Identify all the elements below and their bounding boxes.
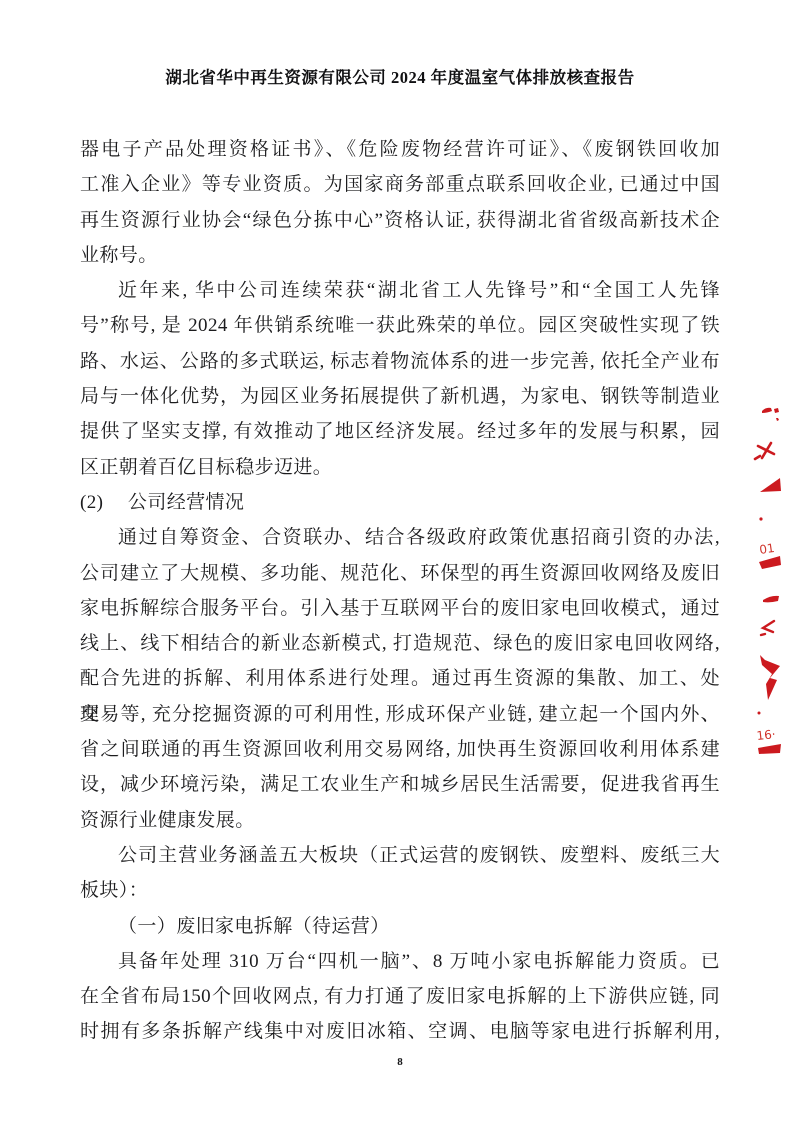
stamp-fragment-dot-icon: [759, 517, 762, 520]
sub-section-heading: （一）废旧家电拆解（待运营）: [80, 909, 720, 944]
stamp-fragment-digits-upper-icon: 01: [758, 541, 781, 569]
svg-text:16·: 16·: [756, 727, 776, 743]
document-page: 湖北省华中再生资源有限公司 2024 年度温室气体排放核查报告 器电子产品处理资…: [0, 0, 800, 1132]
stamp-fragment-dot2-icon: [758, 712, 761, 715]
stamp-fragment-digits-lower-icon: 16·: [756, 727, 781, 754]
stamp-fragment-comma-icon: [763, 596, 779, 603]
text-line: 配合先进的拆解、利用体系进行处理。通过再生资源的集散、加工、处理、: [80, 661, 720, 696]
text-line: 交易等, 充分挖掘资源的可利用性, 形成环保产业链, 建立起一个国内外、: [80, 697, 720, 732]
text-line: 板块）：: [80, 873, 720, 908]
text-line: 再生资源行业协会“绿色分拣中心”资格认证, 获得湖北省省级高新技术企: [80, 203, 720, 238]
stamp-fragment-cross-icon: [755, 443, 774, 459]
text-line: 公司主营业务涵盖五大板块（正式运营的废钢铁、废塑料、废纸三大: [80, 838, 720, 873]
text-line: 通过自筹资金、合资联办、结合各级政府政策优惠招商引资的办法,: [80, 520, 720, 555]
page-number: 8: [0, 1056, 800, 1068]
stamp-fragment-arrow-icon: [760, 655, 780, 700]
text-line: 近年来, 华中公司连续荣获“湖北省工人先锋号”和“全国工人先锋: [80, 273, 720, 308]
text-line: 在全省布局150个回收网点, 有力打通了废旧家电拆解的上下游供应链, 同: [80, 979, 720, 1014]
text-line: 公司建立了大规模、多功能、规范化、环保型的再生资源回收网络及废旧: [80, 556, 720, 591]
text-line: 线上、线下相结合的新业态新模式, 打造规范、绿色的废旧家电回收网络,: [80, 626, 720, 661]
text-line: 时拥有多条拆解产线集中对废旧冰箱、空调、电脑等家电进行拆解利用,: [80, 1014, 720, 1049]
text-line: 器电子产品处理资格证书》、《危险废物经营许可证》、《废钢铁回收加: [80, 132, 720, 167]
text-line: 家电拆解综合服务平台。引入基于互联网平台的废旧家电回收模式，通过: [80, 591, 720, 626]
text-line: 具备年处理 310 万台“四机一脑”、8 万吨小家电拆解能力资质。已: [80, 944, 720, 979]
text-line: 提供了坚实支撑, 有效推动了地区经济发展。经过多年的发展与积累，园: [80, 414, 720, 449]
stamp-fragment-angle-icon: [761, 621, 774, 635]
text-line: 工准入企业》等专业资质。为国家商务部重点联系回收企业, 已通过中国: [80, 167, 720, 202]
stamp-fragment-blobs-icon: [762, 408, 779, 421]
text-line: 业称号。: [80, 238, 720, 273]
text-line: 省之间联通的再生资源回收利用交易网络, 加快再生资源回收利用体系建: [80, 732, 720, 767]
svg-text:01: 01: [758, 541, 775, 557]
text-line: 局与一体化优势，为园区业务拓展提供了新机遇，为家电、钢铁等制造业: [80, 379, 720, 414]
text-line: 号”称号, 是 2024 年供销系统唯一获此殊荣的单位。园区突破性实现了铁: [80, 308, 720, 343]
text-line: 资源行业健康发展。: [80, 803, 720, 838]
text-line: 设，减少环境污染，满足工农业生产和城乡居民生活需要，促进我省再生: [80, 767, 720, 802]
red-stamp-fragments: 01 16·: [750, 402, 798, 764]
stamp-fragment-triangle-icon: [760, 478, 781, 492]
text-line: 路、水运、公路的多式联运, 标志着物流体系的进一步完善, 依托全产业布: [80, 344, 720, 379]
text-line: 区正朝着百亿目标稳步迈进。: [80, 450, 720, 485]
document-body: 器电子产品处理资格证书》、《危险废物经营许可证》、《废钢铁回收加 工准入企业》等…: [80, 132, 720, 1050]
document-header-title: 湖北省华中再生资源有限公司 2024 年度温室气体排放核查报告: [0, 64, 800, 88]
section-heading: (2) 公司经营情况: [80, 485, 720, 520]
